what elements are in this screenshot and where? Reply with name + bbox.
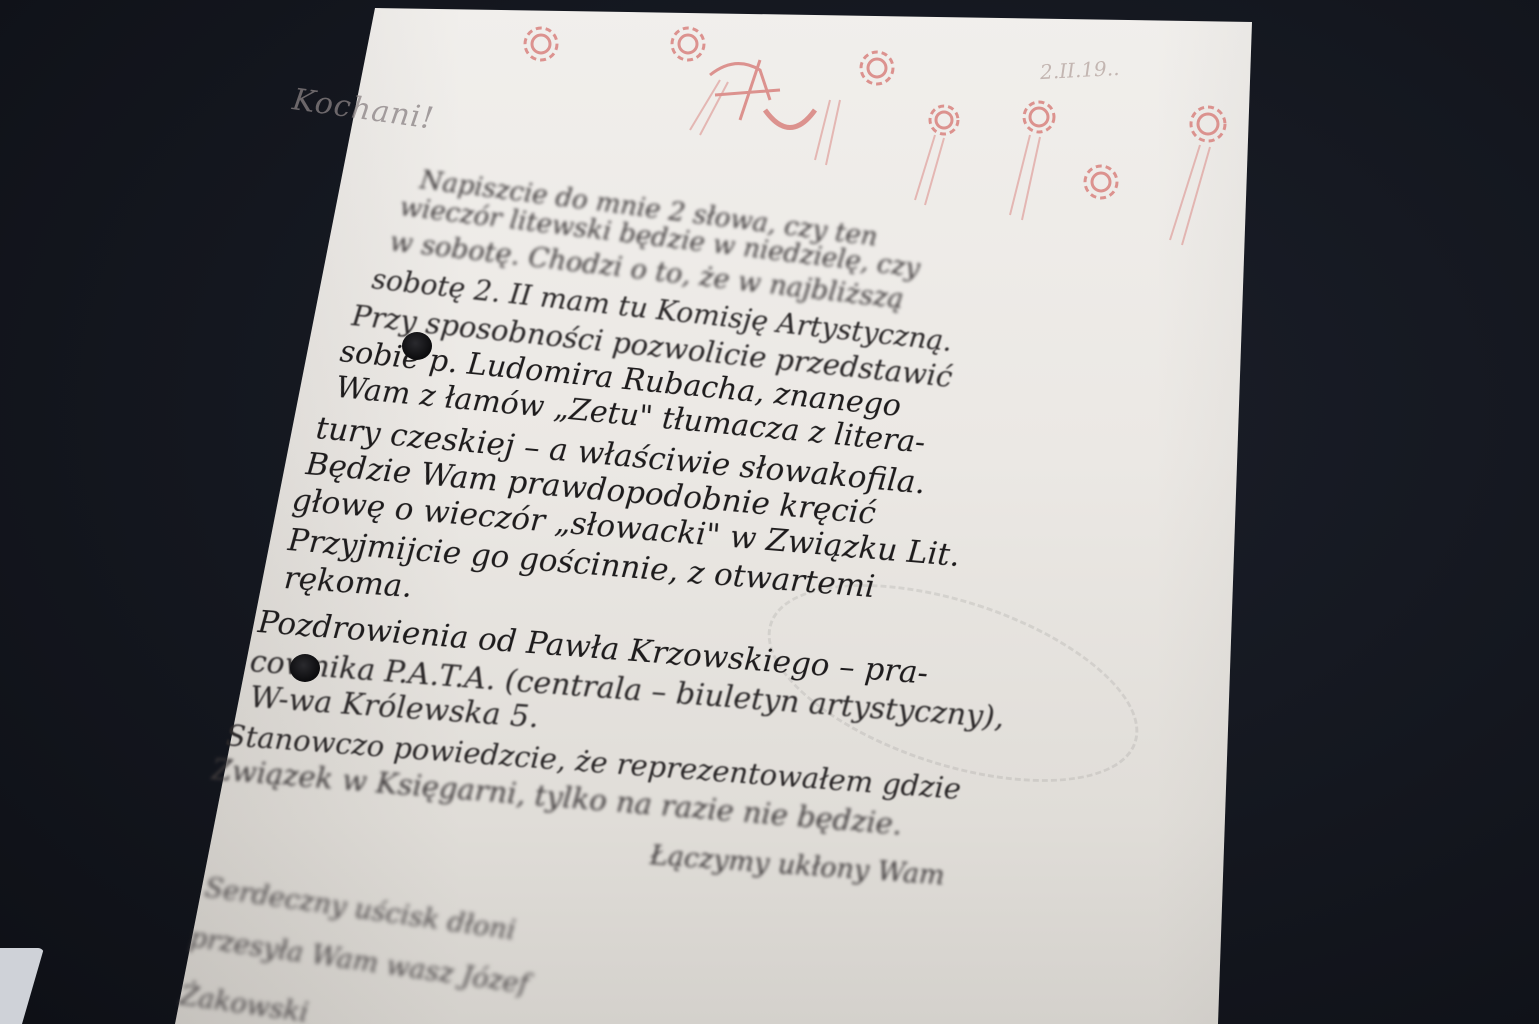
punch-hole [402,332,432,360]
display-card-corner [0,948,44,1024]
punch-hole [290,654,320,682]
letter-date: 2.II.19.. [1039,56,1120,84]
